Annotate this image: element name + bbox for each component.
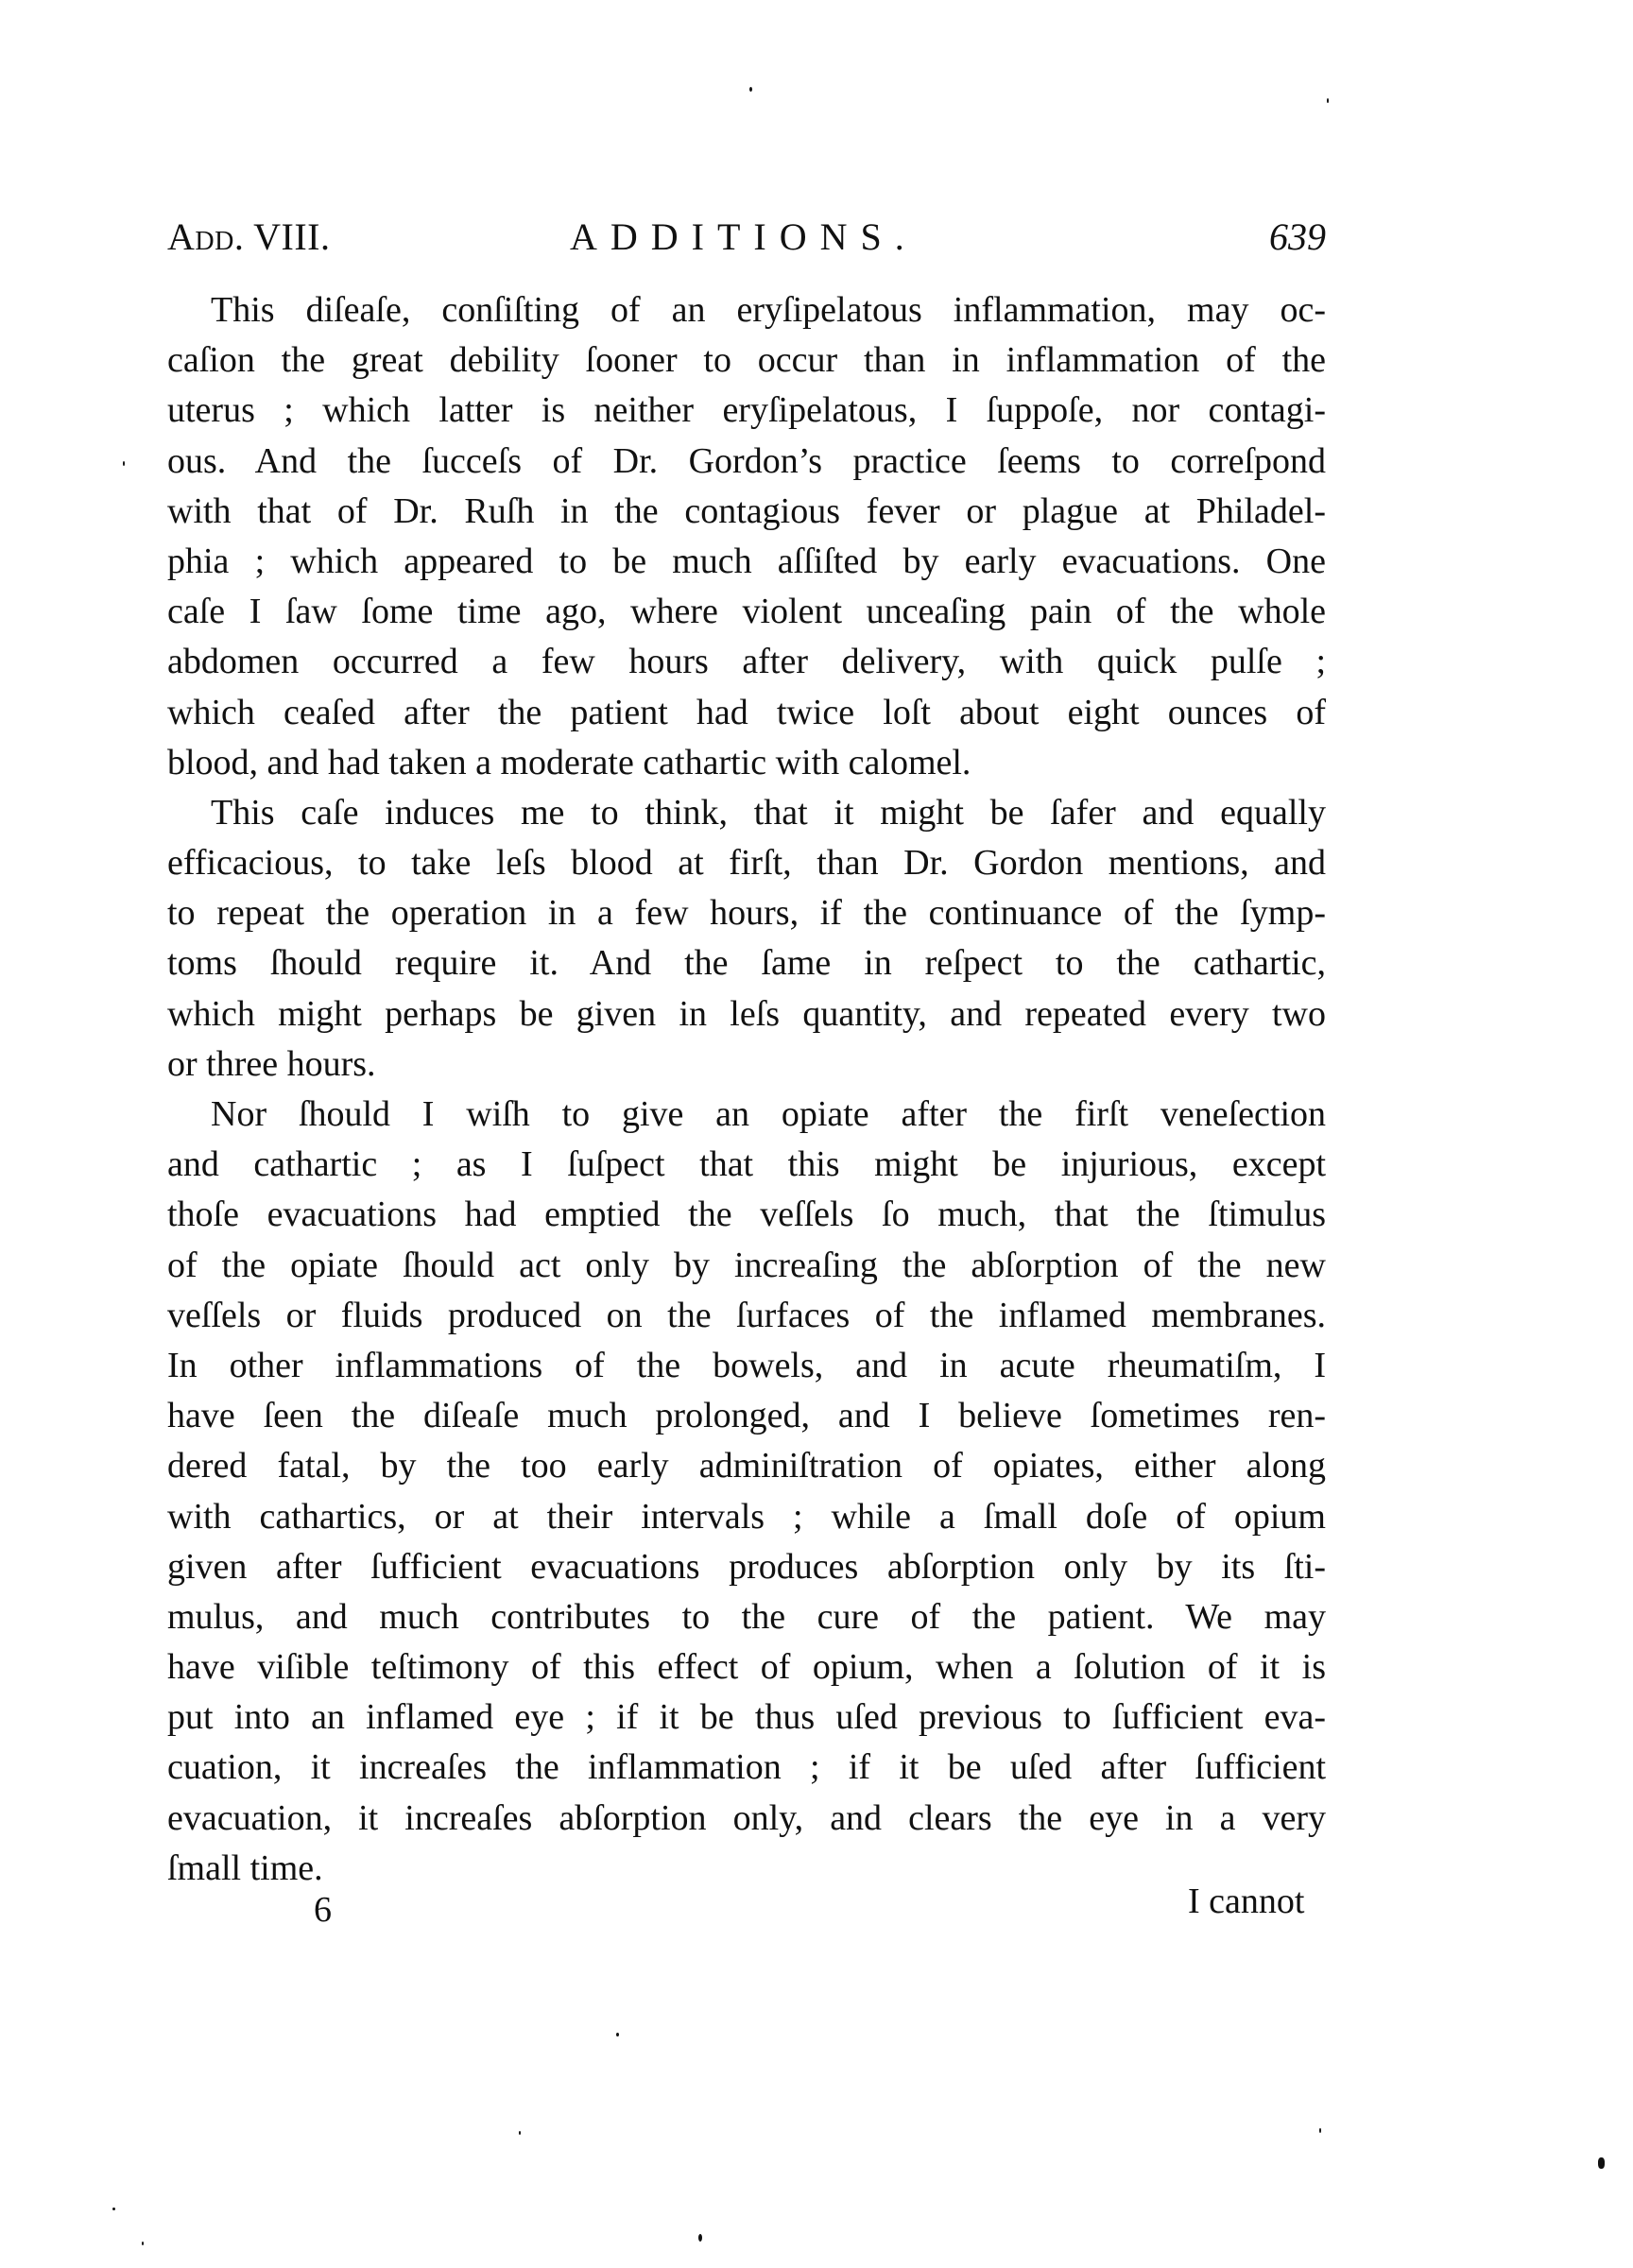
text-line: with cathartics, or at their intervals ;… (167, 1492, 1326, 1542)
text-line: evacuation, it increaſes abſorption only… (167, 1794, 1326, 1844)
running-head: Add. VIII. ADDITIONS. 639 (167, 214, 1326, 261)
text-line: which might perhaps be given in leſs qua… (167, 989, 1326, 1039)
text-line: have ſeen the diſeaſe much prolonged, an… (167, 1391, 1326, 1441)
text-line: or three hours. (167, 1039, 1326, 1090)
text-line: abdomen occurred a few hours after deliv… (167, 637, 1326, 687)
section-label: Add. VIII. (167, 214, 330, 261)
text-line: dered fatal, by the too early adminiſtra… (167, 1441, 1326, 1491)
text-line: caſe I ſaw ſome time ago, where violent … (167, 587, 1326, 637)
text-line: to repeat the operation in a few hours, … (167, 888, 1326, 938)
text-line: uterus ; which latter is neither eryſipe… (167, 386, 1326, 436)
text-line: ous. And the ſucceſs of Dr. Gordon’s pra… (167, 437, 1326, 487)
scan-speck (142, 2242, 144, 2245)
text-line: caſion the great debility ſooner to occu… (167, 335, 1326, 386)
text-line: and cathartic ; as I ſuſpect that this m… (167, 1140, 1326, 1190)
text-line: cuation, it increaſes the inflammation ;… (167, 1743, 1326, 1793)
running-title: ADDITIONS. (570, 214, 918, 261)
text-line: given after ſufficient evacuations produ… (167, 1542, 1326, 1592)
book-page: Add. VIII. ADDITIONS. 639 This diſeaſe, … (0, 0, 1633, 2268)
scan-speck (112, 2208, 115, 2210)
scan-speck (519, 2131, 521, 2135)
text-line: of the opiate ſhould act only by increaſ… (167, 1241, 1326, 1291)
paragraph: This diſeaſe, conſiſting of an eryſipela… (167, 285, 1326, 788)
text-line: thoſe evacuations had emptied the veſſel… (167, 1190, 1326, 1240)
text-line: In other inflammations of the bowels, an… (167, 1341, 1326, 1391)
scan-speck (1598, 2157, 1605, 2169)
text-line: toms ſhould require it. And the ſame in … (167, 938, 1326, 988)
body-text: This diſeaſe, conſiſting of an eryſipela… (167, 285, 1326, 1894)
text-line: put into an inflamed eye ; if it be thus… (167, 1692, 1326, 1743)
text-line: ſmall time. (167, 1844, 1326, 1894)
scan-speck (616, 2033, 619, 2036)
signature-mark: 6 (314, 1886, 332, 1933)
scan-speck (123, 461, 125, 466)
text-line: This caſe induces me to think, that it m… (167, 788, 1326, 838)
paragraph: Nor ſhould I wiſh to give an opiate afte… (167, 1090, 1326, 1894)
text-line: This diſeaſe, conſiſting of an eryſipela… (167, 285, 1326, 335)
text-line: phia ; which appeared to be much aſſiſte… (167, 537, 1326, 587)
text-line: have viſible teſtimony of this effect of… (167, 1642, 1326, 1692)
text-line: veſſels or fluids produced on the ſurfac… (167, 1291, 1326, 1341)
paragraph: This caſe induces me to think, that it m… (167, 788, 1326, 1090)
scan-speck (698, 2234, 702, 2242)
text-line: Nor ſhould I wiſh to give an opiate afte… (167, 1090, 1326, 1140)
scan-speck (1319, 2128, 1321, 2133)
text-line: blood, and had taken a moderate catharti… (167, 738, 1326, 788)
text-line: which ceaſed after the patient had twice… (167, 688, 1326, 738)
scan-speck (1327, 98, 1329, 103)
catchword: I cannot (1188, 1878, 1304, 1925)
page-number: 639 (1269, 214, 1326, 261)
text-line: with that of Dr. Ruſh in the contagious … (167, 487, 1326, 537)
text-line: mulus, and much contributes to the cure … (167, 1592, 1326, 1642)
text-line: efficacious, to take leſs blood at firſt… (167, 838, 1326, 888)
scan-speck (749, 87, 752, 92)
